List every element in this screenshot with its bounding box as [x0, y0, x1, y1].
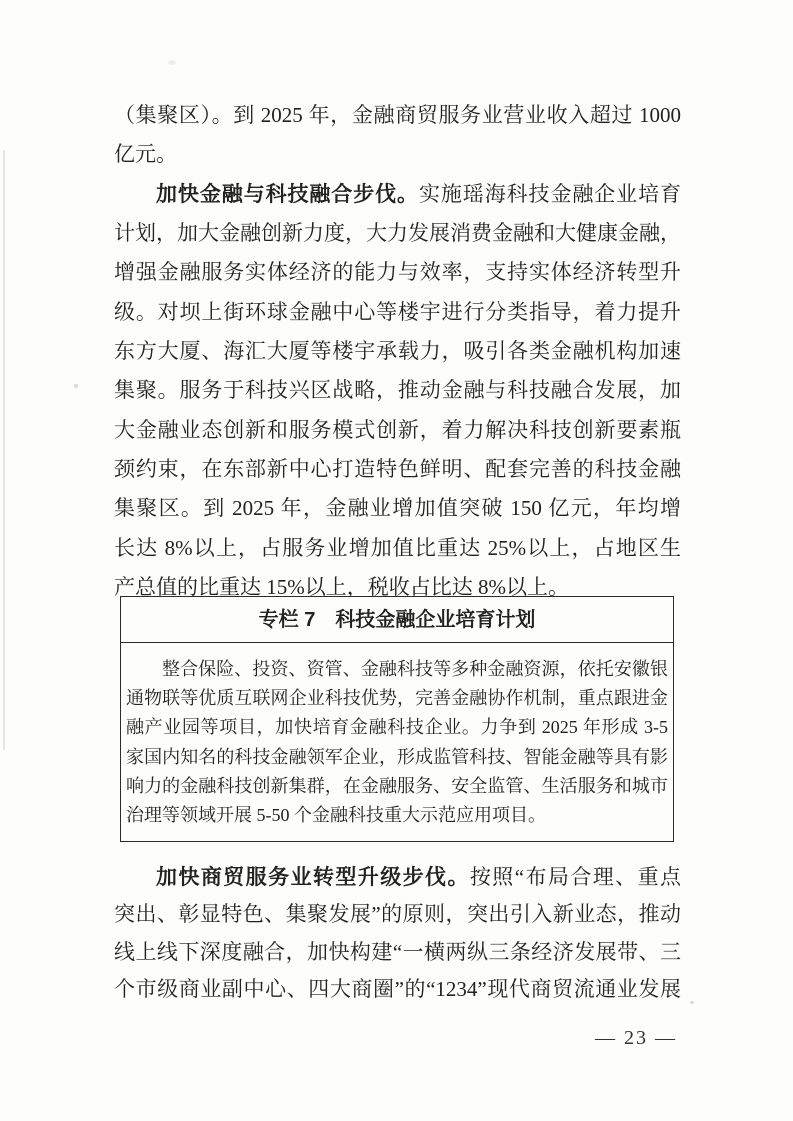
text-segment: 集聚。服务于科技兴区战略，推动金融与科技融合发展，加: [114, 378, 681, 402]
text-line: 集聚。服务于科技兴区战略，推动金融与科技融合发展，加: [114, 371, 681, 410]
text-line: 整合保险、投资、资管、金融科技等多种金融资源，依托安徽银: [126, 655, 668, 684]
text-segment: 融产业园等项目，加快培育金融科技企业。力争到 2025 年形成 3-5: [126, 717, 668, 737]
text-segment: （集聚区）。到 2025 年，金融商贸服务业营业收入超过 1000: [114, 103, 681, 127]
text-line: 加快金融与科技融合步伐。实施瑶海科技金融企业培育: [114, 175, 681, 214]
main-text-lower: 加快商贸服务业转型升级步伐。按照“布局合理、重点突出、彰显特色、集聚发展”的原则…: [114, 859, 681, 1009]
text-line: 增强金融服务实体经济的能力与效率，支持实体经济转型升: [114, 253, 681, 292]
text-line: 个市级商业副中心、四大商圈”的“1234”现代商贸流通业发展: [114, 971, 681, 1008]
text-line: 突出、彰显特色、集聚发展”的原则，突出引入新业态，推动: [114, 896, 681, 933]
text-line: 融产业园等项目，加快培育金融科技企业。力争到 2025 年形成 3-5: [126, 713, 668, 742]
text-segment: 通物联等优质互联网企业科技优势，完善金融协作机制，重点跟进金: [126, 688, 668, 708]
scan-artifact-speck: [690, 1001, 694, 1004]
text-segment: 整合保险、投资、资管、金融科技等多种金融资源，依托安徽银: [162, 659, 668, 679]
text-line: 长达 8%以上，占服务业增加值比重达 25%以上，占地区生: [114, 529, 681, 568]
feature-box-title: 专栏 7 科技金融企业培育计划: [121, 597, 673, 643]
text-line: 计划，加大金融创新力度，大力发展消费金融和大健康金融，: [114, 214, 681, 253]
text-segment: 治理等领域开展 5-50 个金融科技重大示范应用项目。: [126, 805, 546, 825]
text-segment: 实施瑶海科技金融企业培育: [419, 182, 681, 206]
bold-lead-text: 加快商贸服务业转型升级步伐。: [156, 866, 470, 889]
text-segment: 线上线下深度融合，加快构建“一横两纵三条经济发展带、三: [114, 940, 681, 964]
text-line: 响力的金融科技创新集群，在金融服务、安全监管、生活服务和城市: [126, 772, 668, 801]
bold-lead-text: 加快金融与科技融合步伐。: [156, 183, 419, 206]
feature-box-body: 整合保险、投资、资管、金融科技等多种金融资源，依托安徽银通物联等优质互联网企业科…: [121, 643, 673, 841]
text-segment: 突出、彰显特色、集聚发展”的原则，突出引入新业态，推动: [114, 902, 681, 926]
page-number: — 23 —: [595, 1027, 677, 1050]
text-segment: 长达 8%以上，占服务业增加值比重达 25%以上，占地区生: [114, 536, 681, 560]
text-line: 通物联等优质互联网企业科技优势，完善金融协作机制，重点跟进金: [126, 684, 668, 713]
feature-box-column7: 专栏 7 科技金融企业培育计划 整合保险、投资、资管、金融科技等多种金融资源，依…: [120, 596, 674, 842]
text-segment: 家国内知名的科技金融领军企业，形成监管科技、智能金融等具有影: [126, 747, 668, 767]
scanned-document-page: （集聚区）。到 2025 年，金融商贸服务业营业收入超过 1000亿元。加快金融…: [0, 0, 793, 1121]
text-line: 集聚区。到 2025 年，金融业增加值突破 150 亿元，年均增: [114, 489, 681, 528]
text-line: 亿元。: [114, 135, 681, 174]
text-segment: 响力的金融科技创新集群，在金融服务、安全监管、生活服务和城市: [126, 776, 668, 796]
text-line: （集聚区）。到 2025 年，金融商贸服务业营业收入超过 1000: [114, 96, 681, 135]
scan-artifact-speck: [168, 60, 176, 65]
text-line: 大金融业态创新和服务模式创新，着力解决科技创新要素瓶: [114, 411, 681, 450]
text-segment: 颈约束，在东部新中心打造特色鲜明、配套完善的科技金融: [114, 457, 681, 481]
text-line: 治理等领域开展 5-50 个金融科技重大示范应用项目。: [126, 801, 668, 830]
text-segment: 级。对坝上街环球金融中心等楼宇进行分类指导，着力提升: [114, 300, 681, 324]
text-line: 东方大厦、海汇大厦等楼宇承载力，吸引各类金融机构加速: [114, 332, 681, 371]
text-line: 线上线下深度融合，加快构建“一横两纵三条经济发展带、三: [114, 934, 681, 971]
text-segment: 大金融业态创新和服务模式创新，着力解决科技创新要素瓶: [114, 418, 681, 442]
scan-artifact-speck: [74, 384, 78, 388]
text-segment: 东方大厦、海汇大厦等楼宇承载力，吸引各类金融机构加速: [114, 339, 681, 363]
main-text-upper: （集聚区）。到 2025 年，金融商贸服务业营业收入超过 1000亿元。加快金融…: [114, 96, 681, 607]
text-segment: 集聚区。到 2025 年，金融业增加值突破 150 亿元，年均增: [114, 496, 681, 520]
text-segment: 增强金融服务实体经济的能力与效率，支持实体经济转型升: [114, 260, 681, 284]
text-segment: 计划，加大金融创新力度，大力发展消费金融和大健康金融，: [114, 221, 681, 245]
text-segment: 亿元。: [114, 142, 177, 166]
text-line: 颈约束，在东部新中心打造特色鲜明、配套完善的科技金融: [114, 450, 681, 489]
text-segment: 按照“布局合理、重点: [470, 865, 681, 889]
scan-artifact-edge: [3, 150, 5, 750]
text-segment: 个市级商业副中心、四大商圈”的“1234”现代商贸流通业发展: [114, 977, 681, 1001]
text-line: 家国内知名的科技金融领军企业，形成监管科技、智能金融等具有影: [126, 743, 668, 772]
text-line: 加快商贸服务业转型升级步伐。按照“布局合理、重点: [114, 859, 681, 896]
text-line: 级。对坝上街环球金融中心等楼宇进行分类指导，着力提升: [114, 293, 681, 332]
